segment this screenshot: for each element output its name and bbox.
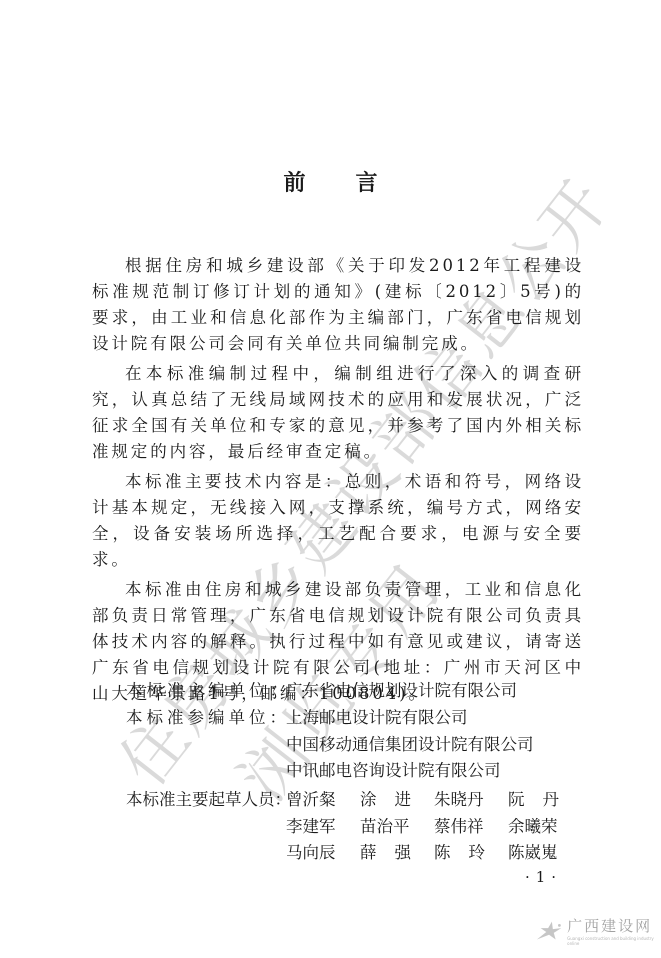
- logo-name-cn: 广西建设网: [567, 915, 661, 936]
- drafter-name: 陈崴嵬: [508, 840, 582, 867]
- preface-body: 根据住房和城乡建设部《关于印发2012年工程建设标准规范制订修订计划的通知》(建…: [92, 253, 584, 711]
- drafter-name: 涂进: [360, 787, 434, 814]
- drafters-label: 本标准主要起草人员：: [126, 787, 286, 867]
- drafter-name: 朱晓丹: [434, 787, 508, 814]
- credits-drafters: 本标准主要起草人员： 曾沂粲 涂进 朱晓丹 阮丹 李建军 苗治平 蔡伟祥 余曦荣…: [126, 787, 582, 867]
- chief-editor-value: 广东省电信规划设计院有限公司: [286, 678, 517, 705]
- star-logo-icon: [535, 920, 563, 942]
- participating-editor: 中讯邮电咨询设计院有限公司: [286, 758, 534, 785]
- credits-participating-editors: 本标准参编单位： 上海邮电设计院有限公司 中国移动通信集团设计院有限公司 中讯邮…: [126, 705, 534, 785]
- paragraph-3: 本标准主要技术内容是：总则，术语和符号，网络设计基本规定，无线接入网，支撑系统，…: [92, 469, 584, 573]
- drafter-name: 蔡伟祥: [434, 814, 508, 841]
- drafter-name: 薛强: [360, 840, 434, 867]
- drafter-name: 曾沂粲: [286, 787, 360, 814]
- drafter-name: 李建军: [286, 814, 360, 841]
- drafter-name: 陈玲: [434, 840, 508, 867]
- participating-editor: 上海邮电设计院有限公司: [286, 705, 534, 732]
- drafter-name: 阮丹: [508, 787, 582, 814]
- participating-editor: 中国移动通信集团设计院有限公司: [286, 732, 534, 759]
- credits-chief-editor: 本标准主编单位： 广东省电信规划设计院有限公司: [126, 678, 517, 705]
- drafters-list: 曾沂粲 涂进 朱晓丹 阮丹 李建军 苗治平 蔡伟祥 余曦荣 马向辰 薛强 陈玲 …: [286, 787, 582, 867]
- paragraph-1: 根据住房和城乡建设部《关于印发2012年工程建设标准规范制订修订计划的通知》(建…: [92, 253, 584, 357]
- page-title: 前言: [0, 166, 661, 197]
- chief-editor-label: 本标准主编单位：: [126, 678, 286, 705]
- page-number: ·1·: [525, 868, 562, 886]
- drafter-name: 马向辰: [286, 840, 360, 867]
- drafter-name: 苗治平: [360, 814, 434, 841]
- paragraph-2: 在本标准编制过程中，编制组进行了深入的调查研究，认真总结了无线局域网技术的应用和…: [92, 361, 584, 465]
- logo-name-en: Guangxi construction and building indust…: [567, 936, 661, 946]
- drafter-name: 余曦荣: [508, 814, 582, 841]
- site-logo: 广西建设网 Guangxi construction and building …: [535, 915, 661, 946]
- participating-editors-label: 本标准参编单位：: [126, 705, 286, 785]
